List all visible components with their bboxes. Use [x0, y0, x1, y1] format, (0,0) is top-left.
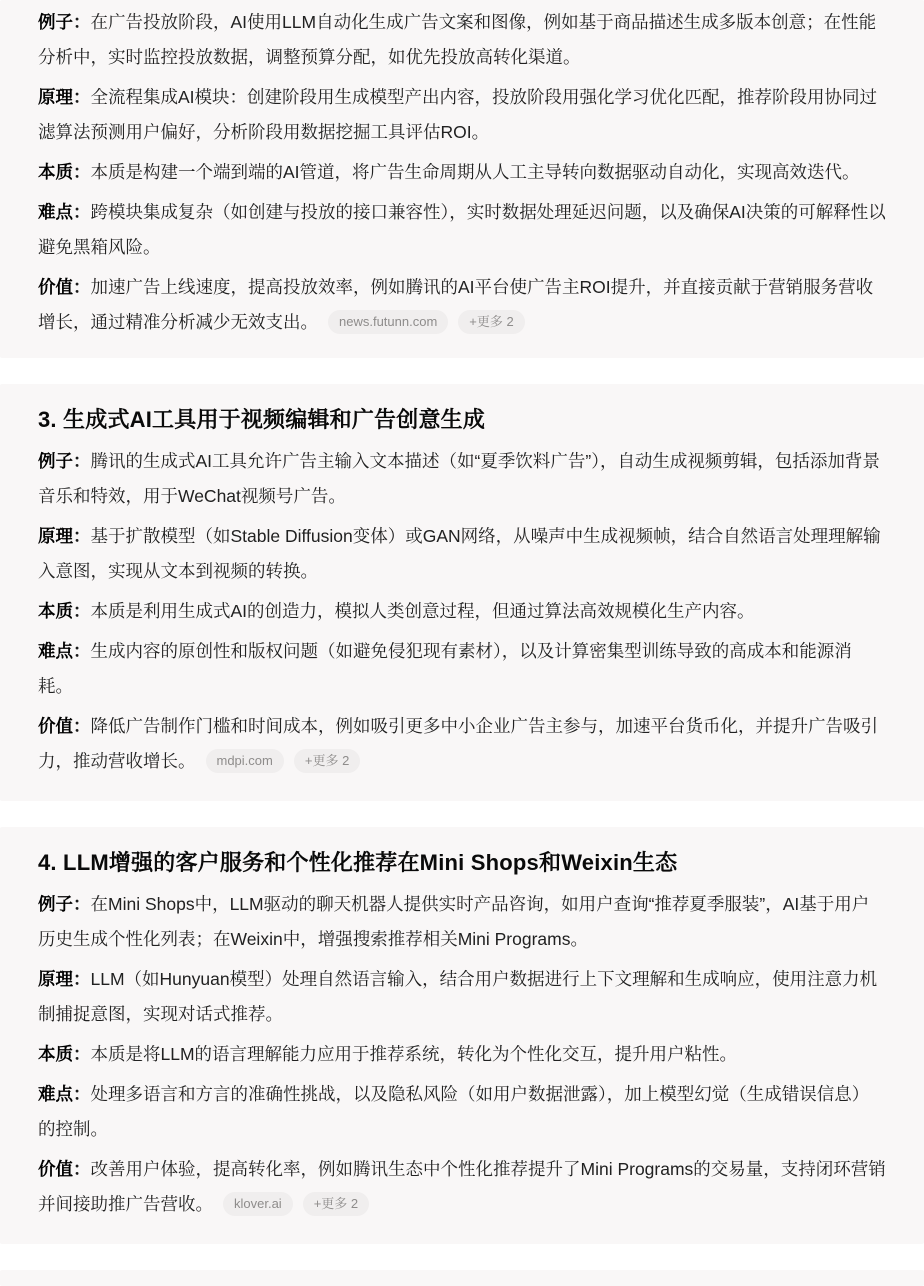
answer-page: 例子：在广告投放阶段，AI使用LLM自动化生成广告文案和图像，例如基于商品描述生… — [0, 0, 924, 1286]
field-paragraph-principle: 原理：LLM（如Hunyuan模型）处理自然语言输入，结合用户数据进行上下文理解… — [38, 962, 886, 1032]
field-text: 生成内容的原创性和版权问题（如避免侵犯现有素材），以及计算密集型训练导致的高成本… — [38, 641, 852, 696]
label-colon: ： — [73, 202, 91, 222]
field-label: 本质 — [38, 601, 73, 621]
field-label: 价值 — [38, 277, 73, 297]
field-text: 跨模块集成复杂（如创建与投放的接口兼容性），实时数据处理延迟问题，以及确保AI决… — [38, 202, 886, 257]
citation-source-chip[interactable]: mdpi.com — [206, 749, 284, 773]
citation-source-chip[interactable]: news.futunn.com — [328, 310, 448, 334]
field-text: 本质是构建一个端到端的AI管道，将广告生命周期从人工主导转向数据驱动自动化，实现… — [91, 162, 860, 182]
next-card-partial — [0, 1270, 924, 1286]
field-label: 例子 — [38, 12, 73, 32]
section-heading: 3. 生成式AI工具用于视频编辑和广告创意生成 — [38, 404, 886, 435]
field-label: 例子 — [38, 451, 73, 471]
field-paragraph-value: 价值：改善用户体验，提高转化率，例如腾讯生态中个性化推荐提升了Mini Prog… — [38, 1152, 886, 1222]
label-colon: ： — [73, 277, 91, 297]
field-paragraph-value: 价值：加速广告上线速度，提高投放效率，例如腾讯的AI平台使广告主ROI提升，并直… — [38, 270, 886, 340]
field-label: 本质 — [38, 1044, 73, 1064]
field-label: 原理 — [38, 969, 73, 989]
label-colon: ： — [73, 1044, 91, 1064]
field-paragraph-essence: 本质：本质是利用生成式AI的创造力，模拟人类创意过程，但通过算法高效规模化生产内… — [38, 594, 886, 629]
label-colon: ： — [73, 641, 91, 661]
field-text: 降低广告制作门槛和时间成本，例如吸引更多中小企业广告主参与，加速平台货币化，并提… — [38, 716, 878, 771]
label-colon: ： — [73, 716, 91, 736]
field-paragraph-difficulty: 难点：处理多语言和方言的准确性挑战，以及隐私风险（如用户数据泄露），加上模型幻觉… — [38, 1077, 886, 1147]
label-colon: ： — [73, 1084, 91, 1104]
label-colon: ： — [73, 162, 91, 182]
field-paragraph-essence: 本质：本质是将LLM的语言理解能力应用于推荐系统，转化为个性化交互，提升用户粘性… — [38, 1037, 886, 1072]
field-text: 处理多语言和方言的准确性挑战，以及隐私风险（如用户数据泄露），加上模型幻觉（生成… — [38, 1084, 869, 1139]
label-colon: ： — [73, 894, 91, 914]
field-paragraph-example: 例子：在广告投放阶段，AI使用LLM自动化生成广告文案和图像，例如基于商品描述生… — [38, 5, 886, 75]
field-paragraph-difficulty: 难点：跨模块集成复杂（如创建与投放的接口兼容性），实时数据处理延迟问题，以及确保… — [38, 195, 886, 265]
field-label: 难点 — [38, 641, 73, 661]
citation-more-chip[interactable]: +更多 2 — [303, 1192, 369, 1216]
field-label: 价值 — [38, 1159, 73, 1179]
label-colon: ： — [73, 12, 91, 32]
field-label: 原理 — [38, 87, 73, 107]
field-text: 本质是将LLM的语言理解能力应用于推荐系统，转化为个性化交互，提升用户粘性。 — [91, 1044, 738, 1064]
field-label: 难点 — [38, 202, 73, 222]
field-paragraph-value: 价值：降低广告制作门槛和时间成本，例如吸引更多中小企业广告主参与，加速平台货币化… — [38, 709, 886, 779]
answer-card-section-4: 4. LLM增强的客户服务和个性化推荐在Mini Shops和Weixin生态 … — [0, 827, 924, 1244]
field-text: 在Mini Shops中，LLM驱动的聊天机器人提供实时产品咨询，如用户查询“推… — [38, 894, 869, 949]
field-label: 难点 — [38, 1084, 73, 1104]
field-text: 本质是利用生成式AI的创造力，模拟人类创意过程，但通过算法高效规模化生产内容。 — [91, 601, 755, 621]
citation-more-chip[interactable]: +更多 2 — [294, 749, 360, 773]
field-text: 加速广告上线速度，提高投放效率，例如腾讯的AI平台使广告主ROI提升，并直接贡献… — [38, 277, 873, 332]
label-colon: ： — [73, 526, 91, 546]
field-paragraph-principle: 原理：基于扩散模型（如Stable Diffusion变体）或GAN网络，从噪声… — [38, 519, 886, 589]
field-paragraph-essence: 本质：本质是构建一个端到端的AI管道，将广告生命周期从人工主导转向数据驱动自动化… — [38, 155, 886, 190]
field-text: 腾讯的生成式AI工具允许广告主输入文本描述（如“夏季饮料广告”），自动生成视频剪… — [38, 451, 880, 506]
label-colon: ： — [73, 87, 91, 107]
field-paragraph-difficulty: 难点：生成内容的原创性和版权问题（如避免侵犯现有素材），以及计算密集型训练导致的… — [38, 634, 886, 704]
answer-card-section-3: 3. 生成式AI工具用于视频编辑和广告创意生成 例子：腾讯的生成式AI工具允许广… — [0, 384, 924, 801]
field-label: 原理 — [38, 526, 73, 546]
answer-card-section-2: 例子：在广告投放阶段，AI使用LLM自动化生成广告文案和图像，例如基于商品描述生… — [0, 0, 924, 358]
label-colon: ： — [73, 451, 91, 471]
citation-more-chip[interactable]: +更多 2 — [458, 310, 524, 334]
field-text: 在广告投放阶段，AI使用LLM自动化生成广告文案和图像，例如基于商品描述生成多版… — [38, 12, 876, 67]
field-label: 价值 — [38, 716, 73, 736]
field-text: 基于扩散模型（如Stable Diffusion变体）或GAN网络，从噪声中生成… — [38, 526, 881, 581]
label-colon: ： — [73, 601, 91, 621]
field-text: LLM（如Hunyuan模型）处理自然语言输入，结合用户数据进行上下文理解和生成… — [38, 969, 877, 1024]
citation-source-chip[interactable]: klover.ai — [223, 1192, 293, 1216]
label-colon: ： — [73, 1159, 91, 1179]
field-text: 改善用户体验，提高转化率，例如腾讯生态中个性化推荐提升了Mini Program… — [38, 1159, 886, 1214]
field-text: 全流程集成AI模块：创建阶段用生成模型产出内容，投放阶段用强化学习优化匹配，推荐… — [38, 87, 877, 142]
label-colon: ： — [73, 969, 91, 989]
field-label: 例子 — [38, 894, 73, 914]
field-label: 本质 — [38, 162, 73, 182]
section-heading: 4. LLM增强的客户服务和个性化推荐在Mini Shops和Weixin生态 — [38, 847, 886, 878]
field-paragraph-principle: 原理：全流程集成AI模块：创建阶段用生成模型产出内容，投放阶段用强化学习优化匹配… — [38, 80, 886, 150]
field-paragraph-example: 例子：在Mini Shops中，LLM驱动的聊天机器人提供实时产品咨询，如用户查… — [38, 887, 886, 957]
field-paragraph-example: 例子：腾讯的生成式AI工具允许广告主输入文本描述（如“夏季饮料广告”），自动生成… — [38, 444, 886, 514]
